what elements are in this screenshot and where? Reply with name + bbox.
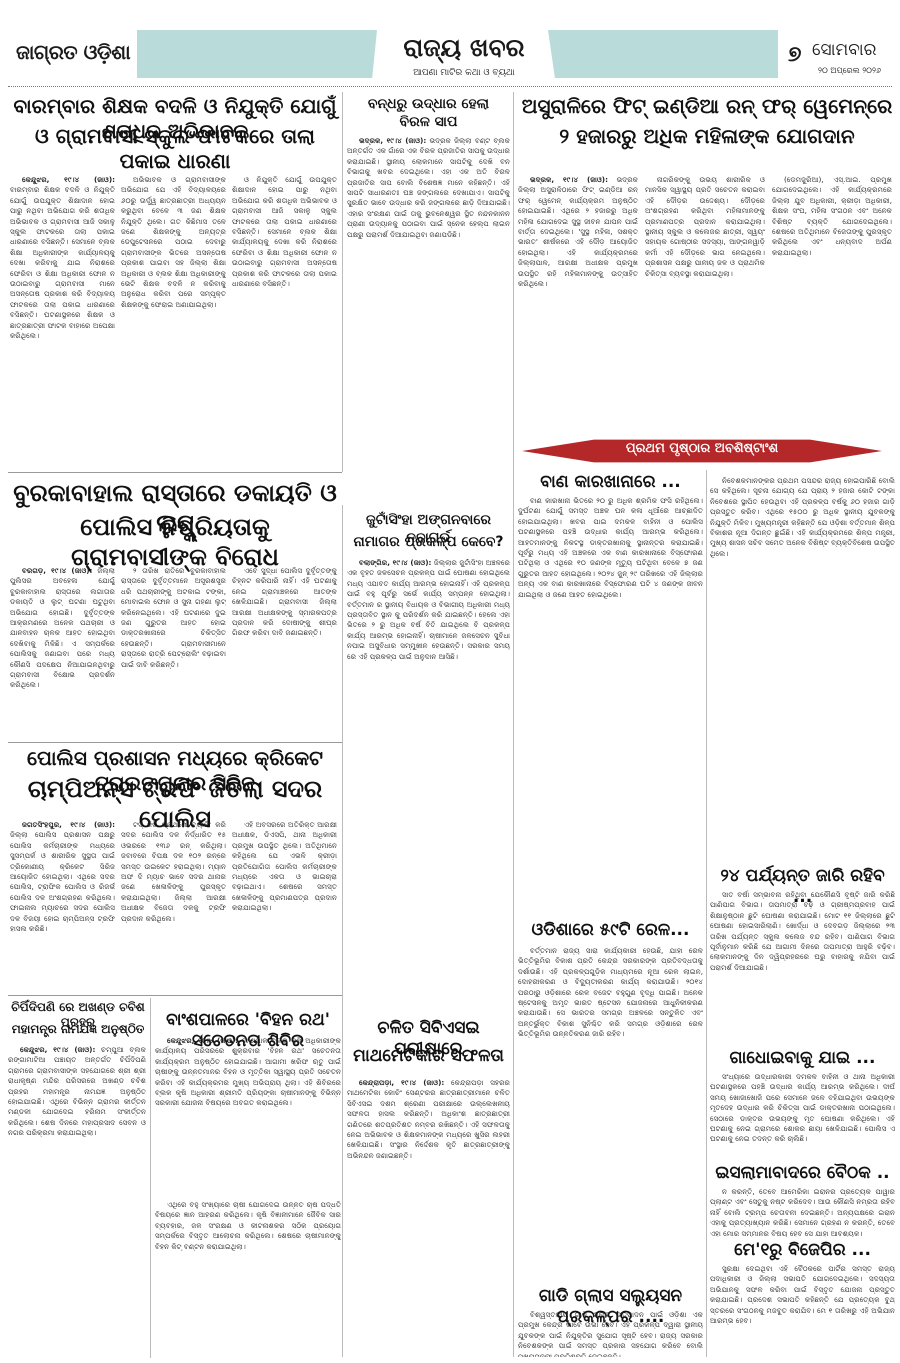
section-divider: [8, 472, 342, 473]
section-divider: [8, 742, 342, 743]
article-column: କେନ୍ଦୁଝର, ୧୯।୪ (ଜାଓ): ଚମ୍ପୁଆ ବ୍ଲକ ରଙ୍ଗାମ…: [8, 1045, 146, 1357]
weekday: ସୋମବାର: [812, 40, 877, 60]
masthead-divider: [8, 86, 892, 87]
dateline: କେନ୍ଦୁଝର, ୧୯।୪ (ଜାଓ):: [167, 1036, 238, 1045]
article-column: ସୁରକ୍ଷା ଦେଇଥିବା ଏହି ବୈଠକରେ ପାର୍ଟିର ସମସ୍ତ…: [710, 1264, 895, 1357]
article-column: ସଂଧ୍ୟାରେ ଉଦ୍ଧାରକାରୀ ଦମକଳ ବାହିନୀ ଓ ଥାନା ଅ…: [710, 1072, 895, 1152]
column-divider: [342, 505, 343, 1357]
dateline: ଜଗତସିଂହପୁର, ୧୯।୪ (ଜାଓ):: [22, 820, 115, 829]
dateline: ଭଦ୍ରକ, ୧୯।୪ (ଜାଓ):: [530, 175, 608, 184]
dateline: ବଲାଙ୍ଗିର, ୧୯।୪ (ଜାଓ):: [359, 558, 431, 567]
headline: ଗାଧୋଇବାକୁ ଯାଇ ...: [710, 1048, 895, 1069]
article-column: ଭଦ୍ରକ, ୧୯।୪ (ଜାଓ): ଭଦ୍ରକ ଜିଲ୍ଲା ବଣ୍ଟ ବ୍ଲ…: [347, 136, 510, 508]
headline: ଇସଲାମାବାଦରେ ବୈଠକ ..: [710, 1163, 895, 1184]
headline-line2: ୨ ହଜାରରୁ ଅଧିକ ମହିଳାଙ୍କ ଯୋଗଦାନ: [518, 124, 896, 149]
masthead: ଜାଗ୍ରତ ଓଡ଼ିଶା ରାଜ୍ୟ ଖବର ଆପଣା ମାଟିର କଥା ଓ…: [0, 0, 900, 88]
masthead-band-left: [137, 30, 377, 78]
column-divider: [706, 470, 707, 1357]
headline-line2: ମହାମନ୍ତ୍ର ନାମଯଜ୍ଞ ଅନୁଷ୍ଠିତ: [8, 1022, 148, 1037]
dateline: କେନ୍ଦୁଝର, ୧୯।୪ (ଜାଓ):: [20, 1045, 95, 1054]
dateline: କେନ୍ଦ୍ରାପଡ଼ା, ୧୯।୪ (ଜାଓ):: [359, 1078, 444, 1087]
article-column: ବିଶ୍ୱସ୍ତରୀୟ ଗାଡି ଗ୍ଲାସ ଉତ୍ପାଦନ ପାଇଁ ଓଡ଼ି…: [518, 1310, 703, 1357]
dateline: ବରଗଡ଼, ୧୯।୪ (ଜାଓ):: [22, 566, 92, 575]
publication-date: ୨୦ ଅପ୍ରେଲ ୨୦୨୬: [818, 66, 881, 76]
article-column: ୨ ତାରିଖ ରାତିରେ ବୁରକାବାହାଲ ରାସ୍ତାରେ ଦୁର୍ବ…: [121, 566, 226, 736]
dateline: କେନ୍ଦୁଝର, ୧୯।୪ (ଜାଓ):: [22, 175, 115, 184]
masthead-band-right: [548, 30, 778, 78]
article-column: ବାଣ କାରଖାନା ଭିତରେ ୨୦ ରୁ ଅଧିକ ଶ୍ରମିକ ଫସି …: [518, 496, 703, 906]
page-number: ୭: [788, 42, 801, 67]
article-column: ଏବେ ସୁଦ୍ଧା ପୋଲିସ ଦୁର୍ବୃତ୍ତଙ୍କୁ ଚିହ୍ନଟ କର…: [232, 566, 337, 736]
article-column: ଅଭିଭାବକ ଓ ଗ୍ରାମବାସୀଙ୍କ ଅଭିଯୋଗ ଯେ ଏହି ବିଦ…: [121, 175, 226, 465]
article-column: ବରଗଡ଼, ୧୯।୪ (ଜାଓ): ଜିଲ୍ଲା ପୁଲିସର ଅବହେଳା …: [10, 566, 115, 736]
headline-line2: ପୋଲିସ ନିଷ୍କ୍ରିୟତାକୁ ଗ୍ରାମବାସୀଙ୍କ ବିରୋଧ: [10, 512, 340, 572]
article-column: ନିବେଶକମାନଙ୍କର ପ୍ରଥମ ପସନ୍ଦର ରାଜ୍ୟ ହୋଇପାରି…: [710, 476, 895, 861]
newspaper-brand-logo: ଜାଗ୍ରତ ଓଡ଼ିଶା: [16, 40, 130, 64]
article-column: ନାଗରିକଙ୍କୁ ଉଭୟ ଶାରୀରିକ ଓ ମାନସିକ ସ୍ୱାସ୍ଥ୍…: [645, 175, 765, 430]
article-column: (ଡେମଜୁରିଆ), ଏସ୍.ଆଇ. ପ୍ରମୁଖ ଯୋଗଦେଇଥିଲେ। ଏ…: [772, 175, 892, 430]
article-column: ବର୍ତ୍ତମାନ ରାଜ୍ୟ ସାରା କାର୍ଯ୍ୟକାରୀ ହେଉଛି, …: [518, 946, 703, 1282]
headline: ମେ'୧ରୁ ବିଜେପିର ...: [710, 1240, 895, 1261]
headline-line2: ଓ ଗ୍ରାମବାସୀ ସ୍କୁଲ ଫାଟକରେ ତାଲା ପକାଇ ଧାରଣା: [10, 124, 340, 174]
article-column: ଟସ୍ ଜିତି ପ୍ରଥମେ ବ୍ୟାଟିଂ କରି ସଦର ପୋଲିସ ଦଳ…: [121, 820, 226, 992]
continued-banner-label: ପ୍ରଥମ ପୃଷ୍ଠାର ଅବଶିଷ୍ଟାଂଶ: [522, 441, 882, 456]
headline-line2: ବିରଳ ସାପ: [346, 114, 511, 132]
section-tagline: ଆପଣା ମାଟିର କଥା ଓ ବ୍ୟଥା: [380, 68, 548, 78]
article-column: ସାତ ବର୍ଷା ସମ୍ଭାବନା ରହିଥିବା ଯେକୌଣସି ବୃଷ୍ଟ…: [710, 890, 895, 1040]
article-column: ଓ ନିଯୁକ୍ତି ଯୋଗୁଁ ଉପଯୁକ୍ତ ଶିକ୍ଷାଦାନ ହୋଇ ପ…: [232, 175, 337, 465]
article-column: କେନ୍ଦ୍ରାପଡ଼ା, ୧୯।୪ (ଜାଓ): କେନ୍ଦ୍ରାପଡ଼ା ସ…: [347, 1078, 510, 1357]
column-divider: [150, 998, 151, 1358]
headline-line1: ବନ୍ଧରୁ ଉଦ୍ଧାର ହେଲା: [346, 96, 511, 114]
article-column: କେନ୍ଦୁଝର, ୧୯।୪ (ଜାଓ): ବାଂଶପାଳ ବ୍ଲକ କୃଷି …: [155, 1036, 341, 1201]
article-column: ଏଥିରେ ବହୁ ସଂଖ୍ୟାରେ ଚାଷୀ ଯୋଗଦେଇ ଉନ୍ନତ ଚାଷ…: [155, 1200, 341, 1357]
dateline: ଭଦ୍ରକ, ୧୯।୪ (ଜାଓ):: [359, 136, 426, 145]
section-title: ରାଜ୍ୟ ଖବର: [380, 33, 548, 63]
column-divider: [342, 92, 343, 472]
article-column: କେନ୍ଦୁଝର, ୧୯।୪ (ଜାଓ): ବାରମ୍ବାର ଶିକ୍ଷକ ବଦ…: [10, 175, 115, 465]
article-column: ନ କରନ୍ତି, ତେବେ ଆମେରିକା ଇରାନର ପ୍ରତ୍ୟେକ ପା…: [710, 1187, 895, 1237]
article-column: ଭଦ୍ରକ, ୧୯।୪ (ଜାଓ): ଭଦ୍ରକ ଜିଲ୍ଲା ଅସୁରାଳିଠ…: [518, 175, 638, 430]
article-column: ବଲାଙ୍ଗିର, ୧୯।୪ (ଜାଓ): ଜିଲ୍ଲାର ଜୁଟାଁସିଂହା…: [347, 558, 510, 1008]
column-divider: [513, 92, 514, 1357]
article-column: ଜଗତସିଂହପୁର, ୧୯।୪ (ଜାଓ): ଜିଲ୍ଲା ପୋଲିସ ପ୍ର…: [10, 820, 115, 992]
headline: ବାଣ କାରଖାନାରେ ...: [518, 472, 703, 493]
headline-line2: ନାମାଗର ପ୍ରକଳ୍ପ କେବେ?: [346, 534, 511, 552]
section-divider: [8, 995, 342, 996]
headline-line2: ମାଥମେଟିକାର ସଫଳତା: [346, 1046, 511, 1067]
article-column: ଏହି ଅବସରରେ ଅତିରିକ୍ତ ଆରକ୍ଷୀ ଅଧୀକ୍ଷକ, ଡିଏସ…: [232, 820, 337, 992]
headline-line1: ଅସୁରାଳିରେ ଫିଟ୍ ଇଣ୍ଡିଆ ରନ୍ ଫର୍ ୱେମେନ୍‌ରେ: [518, 94, 896, 119]
headline: ଓଡିଶାରେ ୫୯ଟି ରେଳ...: [518, 920, 703, 941]
